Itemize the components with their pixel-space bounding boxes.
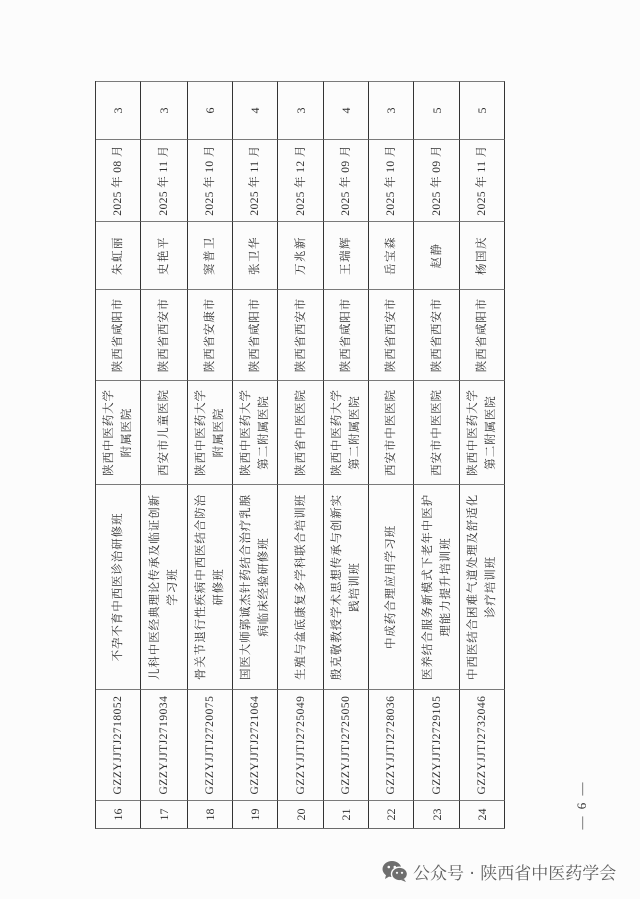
cell-course-code: GZZYJJTJ2728036 — [369, 689, 414, 800]
cell-host-unit: 陕西中医药大学附属医院 — [96, 380, 141, 484]
cell-days: 5 — [460, 81, 505, 139]
cell-location: 陕西省咸阳市 — [460, 289, 505, 380]
cell-course-code: GZZYJJTJ2732046 — [460, 689, 505, 800]
course-name-text: 儿科中医经典理论传承及临证创新学习班 — [146, 492, 182, 682]
cell-location: 陕西省咸阳市 — [324, 289, 369, 380]
host-unit-text: 陕西中医药大学附属医院 — [192, 387, 228, 479]
course-name-text: 殷克敬教授学术思想传承与创新实践培训班 — [328, 492, 364, 682]
cell-host-unit: 西安市中医医院 — [369, 380, 414, 484]
cell-leader: 赵静 — [414, 221, 460, 289]
cell-leader: 万兆新 — [278, 221, 324, 289]
cell-location: 陕西省咸阳市 — [96, 289, 141, 380]
wechat-watermark: 公众号 · 陕西省中医药学会 — [382, 859, 616, 883]
cell-days: 3 — [141, 81, 188, 139]
cell-seq: 18 — [188, 800, 233, 828]
cell-date: 2025 年 11 月 — [141, 139, 188, 221]
cell-host-unit: 陕西中医药大学第二附属医院 — [324, 380, 369, 484]
cell-location: 陕西省西安市 — [414, 289, 460, 380]
cell-days: 3 — [278, 81, 324, 139]
cell-seq: 16 — [96, 800, 141, 828]
cell-course-name: 中成药合理应用学习班 — [369, 484, 414, 689]
cell-location: 陕西省西安市 — [369, 289, 414, 380]
cell-date: 2025 年 08 月 — [96, 139, 141, 221]
cell-host-unit: 西安市儿童医院 — [141, 380, 188, 484]
cell-leader: 朱虹丽 — [96, 221, 141, 289]
course-name-text: 骨关节退行性疾病中西医结合防治研修班 — [192, 492, 228, 682]
cell-host-unit: 陕西中医药大学附属医院 — [188, 380, 233, 484]
host-unit-text: 西安市儿童医院 — [155, 389, 173, 476]
cell-location: 陕西省安康市 — [188, 289, 233, 380]
document-page: 16 GZZYJJTJ2718052 不孕不育中西医诊治研修班 陕西中医药大学附… — [0, 0, 640, 899]
cell-days: 3 — [96, 81, 141, 139]
cell-days: 6 — [188, 81, 233, 139]
cell-date: 2025 年 12 月 — [278, 139, 324, 221]
cell-course-code: GZZYJJTJ2729105 — [414, 689, 460, 800]
cell-leader: 窦普卫 — [188, 221, 233, 289]
host-unit-text: 西安市中医医院 — [382, 389, 400, 476]
cell-host-unit: 陕西中医药大学第二附属医院 — [233, 380, 278, 484]
cell-date: 2025 年 11 月 — [460, 139, 505, 221]
host-unit-text: 西安市中医医院 — [428, 389, 446, 476]
cell-date: 2025 年 11 月 — [233, 139, 278, 221]
cell-course-name: 国医大师郭诚杰针药结合治疗乳腺病临床经验研修班 — [233, 484, 278, 689]
host-unit-text: 陕西中医药大学第二附属医院 — [237, 387, 273, 479]
cell-date: 2025 年 09 月 — [324, 139, 369, 221]
cell-host-unit: 陕西中医药大学第二附属医院 — [460, 380, 505, 484]
wechat-icon — [382, 860, 408, 882]
cell-seq: 20 — [278, 800, 324, 828]
cell-host-unit: 陕西省中医医院 — [278, 380, 324, 484]
cell-course-name: 不孕不育中西医诊治研修班 — [96, 484, 141, 689]
host-unit-text: 陕西中医药大学第二附属医院 — [464, 387, 500, 479]
cell-course-code: GZZYJJTJ2720075 — [188, 689, 233, 800]
cell-host-unit: 西安市中医医院 — [414, 380, 460, 484]
watermark-label: 公众号 · 陕西省中医药学会 — [413, 859, 616, 884]
host-unit-text: 陕西中医药大学第二附属医院 — [328, 387, 364, 479]
cell-days: 4 — [233, 81, 278, 139]
cell-location: 陕西省西安市 — [278, 289, 324, 380]
cell-leader: 杨国庆 — [460, 221, 505, 289]
host-unit-text: 陕西省中医医院 — [292, 389, 310, 476]
cell-course-code: GZZYJJTJ2721064 — [233, 689, 278, 800]
course-name-text: 医养结合服务新模式下老年中医护理能力提升培训班 — [419, 492, 455, 682]
cell-course-name: 中西医结合困难气道处理及舒适化诊疗培训班 — [460, 484, 505, 689]
cell-leader: 史艳平 — [141, 221, 188, 289]
page-number: — 6 — — [574, 770, 590, 840]
cell-course-code: GZZYJJTJ2719034 — [141, 689, 188, 800]
cell-course-code: GZZYJJTJ2725050 — [324, 689, 369, 800]
course-name-text: 国医大师郭诚杰针药结合治疗乳腺病临床经验研修班 — [237, 492, 273, 682]
course-name-text: 不孕不育中西医诊治研修班 — [109, 513, 127, 662]
cell-course-name: 医养结合服务新模式下老年中医护理能力提升培训班 — [414, 484, 460, 689]
training-course-table: 16 GZZYJJTJ2718052 不孕不育中西医诊治研修班 陕西中医药大学附… — [95, 81, 505, 829]
cell-days: 5 — [414, 81, 460, 139]
cell-location: 陕西省咸阳市 — [233, 289, 278, 380]
cell-leader: 张卫华 — [233, 221, 278, 289]
cell-date: 2025 年 10 月 — [369, 139, 414, 221]
course-name-text: 生殖与盆底康复多学科联合培训班 — [292, 494, 310, 680]
cell-days: 3 — [369, 81, 414, 139]
cell-course-name: 生殖与盆底康复多学科联合培训班 — [278, 484, 324, 689]
course-name-text: 中成药合理应用学习班 — [382, 525, 400, 649]
cell-course-code: GZZYJJTJ2718052 — [96, 689, 141, 800]
cell-seq: 22 — [369, 800, 414, 828]
course-name-text: 中西医结合困难气道处理及舒适化诊疗培训班 — [464, 492, 500, 682]
cell-course-code: GZZYJJTJ2725049 — [278, 689, 324, 800]
cell-date: 2025 年 10 月 — [188, 139, 233, 221]
cell-seq: 19 — [233, 800, 278, 828]
cell-leader: 岳宝森 — [369, 221, 414, 289]
cell-days: 4 — [324, 81, 369, 139]
cell-seq: 23 — [414, 800, 460, 828]
cell-seq: 24 — [460, 800, 505, 828]
cell-course-name: 殷克敬教授学术思想传承与创新实践培训班 — [324, 484, 369, 689]
cell-seq: 17 — [141, 800, 188, 828]
cell-seq: 21 — [324, 800, 369, 828]
cell-location: 陕西省西安市 — [141, 289, 188, 380]
cell-date: 2025 年 09 月 — [414, 139, 460, 221]
cell-leader: 王瑞辉 — [324, 221, 369, 289]
cell-course-name: 骨关节退行性疾病中西医结合防治研修班 — [188, 484, 233, 689]
host-unit-text: 陕西中医药大学附属医院 — [100, 387, 136, 479]
cell-course-name: 儿科中医经典理论传承及临证创新学习班 — [141, 484, 188, 689]
